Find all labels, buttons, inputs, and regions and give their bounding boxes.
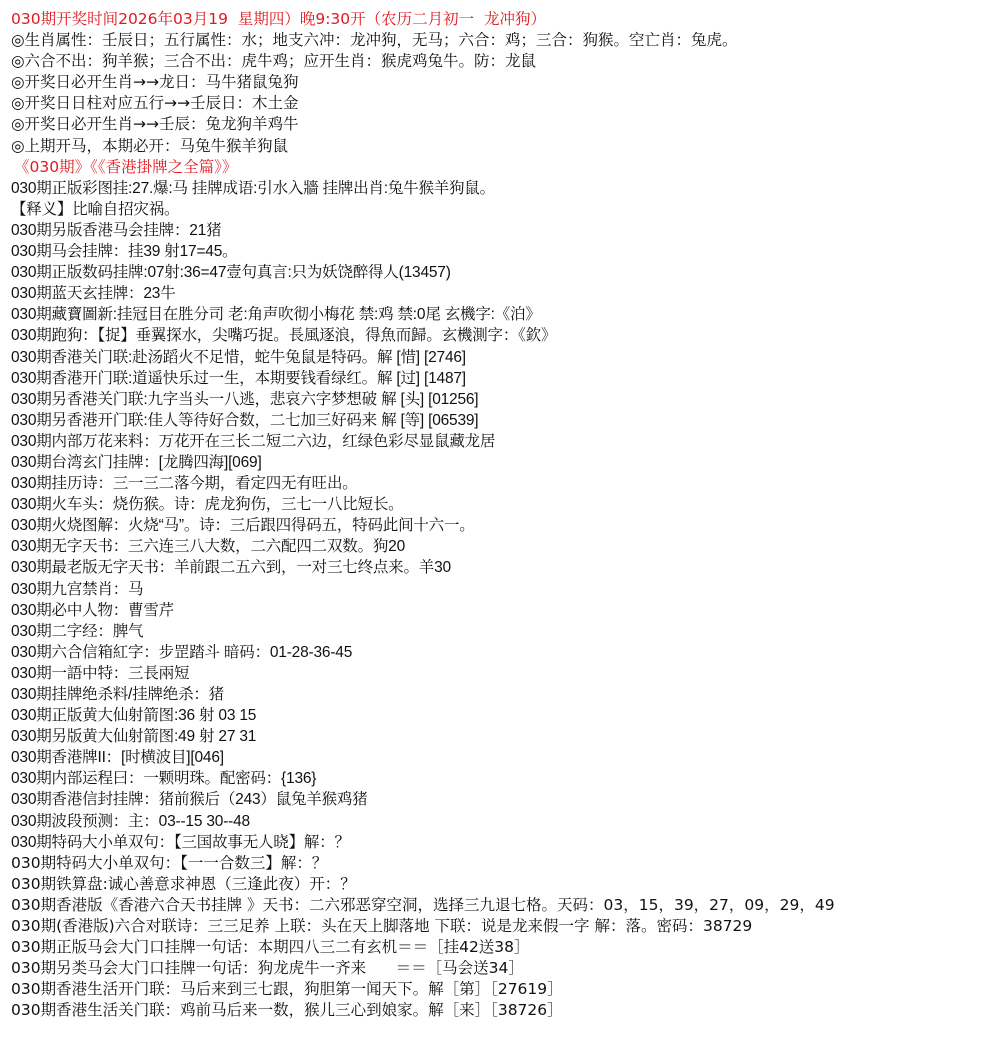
entry-line: 030期香港牌II：[时横波目][046] (11, 747, 996, 768)
entry-line: 030期马会挂牌：挂39 射17=45。 (11, 241, 996, 262)
entry-line: 030期挂牌绝杀料/挂牌绝杀：猪 (11, 684, 996, 705)
entry-line: 030期香港开门联:道遥快乐过一生，本期要钱看绿红。解 [过] [1487] (11, 368, 996, 389)
entry-line: 030期铁算盘:诚心善意求神恩（三逢此夜）开：？ (11, 874, 996, 895)
entry-line: 030期六合信箱紅字：步罡踏斗 暗码：01-28-36-45 (11, 642, 996, 663)
entry-line: 030期香港关门联:赴汤蹈火不足惜，蛇牛兔鼠是特码。解 [惜] [2746] (11, 347, 996, 368)
entry-line: 030期必中人物：曹雪芹 (11, 600, 996, 621)
entry-line: 030期香港生活开门联：马后来到三七跟，狗胆第一闻天下。解［第］［27619］ (11, 979, 996, 1000)
renchen-zodiac-line: ◎开奖日必开生肖→→壬辰：兔龙狗羊鸡牛 (11, 114, 996, 135)
entry-line: 030期火车头：烧伤猴。诗：虎龙狗伤，三七一八比短长。 (11, 494, 996, 515)
entry-line: 030期特码大小单双句：【三国故事无人晓】解：？ (11, 832, 996, 853)
dragon-day-zodiac-line: ◎开奖日必开生肖→→龙日：马牛猪鼠兔狗 (11, 72, 996, 93)
lottery-document: 030期开奖时间2026年03月19 星期四）晚9:30开（农历二月初一 龙冲狗… (11, 9, 996, 1022)
entry-line: 030期另香港关门联:九字当头一八逃，悲哀六字梦想破 解 [头] [01256] (11, 389, 996, 410)
entry-line: 030期蓝天玄挂牌：23牛 (11, 283, 996, 304)
draw-date-title: 030期开奖时间2026年03月19 星期四）晚9:30开（农历二月初一 龙冲狗… (11, 9, 996, 30)
entry-line: 030期内部万花来料：万花开在三长二短二六边，红绿色彩尽显鼠藏龙居 (11, 431, 996, 452)
entry-line: 030期波段预测：主：03--15 30--48 (11, 811, 996, 832)
entry-line: 030期另类马会大门口挂牌一句话：狗龙虎牛一齐来 ＝＝［马会送34］ (11, 958, 996, 979)
entry-line: 030期另版香港马会挂牌：21猪 (11, 220, 996, 241)
previous-draw-line: ◎上期开马，本期必开：马兔牛猴羊狗鼠 (11, 136, 996, 157)
entry-line: 030期九宫禁肖：马 (11, 579, 996, 600)
entry-line: 030期(香港版)六合对联诗：三三足养 上联：头在天上脚落地 下联：说是龙来假一… (11, 916, 996, 937)
entry-line: 030期跑狗：【捉】垂翼探水，尖嘴巧捉。長風逐浪，得魚而歸。玄機測字：《欽》 (11, 325, 996, 346)
entry-line: 030期正版马会大门口挂牌一句话：本期四八三二有玄机＝＝［挂42送38］ (11, 937, 996, 958)
entry-line: 030期香港版《香港六合天书挂牌 》天书：二六邪恶穿空洞，选择三九退七格。天码：… (11, 895, 996, 916)
section-title: 《030期》《《香港掛牌之全篇》》 (11, 157, 996, 178)
combination-exclusion-line: ◎六合不出：狗羊猴；三合不出：虎牛鸡；应开生肖：猴虎鸡兔牛。防：龙鼠 (11, 51, 996, 72)
entry-line: 030期无字天书：三六连三八大数，二六配四二双数。狗20 (11, 536, 996, 557)
entry-line: 【释义】比喻自招灾祸。 (11, 199, 996, 220)
entry-line: 030期二字经：脾气 (11, 621, 996, 642)
entry-line: 030期香港信封挂牌：猪前猴后（243）鼠兔羊猴鸡猪 (11, 789, 996, 810)
entry-line: 030期挂历诗：三一三二落今期，看定四无有旺出。 (11, 473, 996, 494)
day-pillar-elements-line: ◎开奖日日柱对应五行→→壬辰日：木土金 (11, 93, 996, 114)
entry-line: 030期藏寶圖新:挂冠目在胜分司 老:角声吹彻小梅花 禁:鸡 禁:0尾 玄機字:… (11, 304, 996, 325)
entry-line: 030期香港生活关门联：鸡前马后来一数，猴儿三心到娘家。解［来］［38726］ (11, 1000, 996, 1021)
entry-line: 030期一語中特：三長兩短 (11, 663, 996, 684)
entry-line: 030期另版黄大仙射箭图:49 射 27 31 (11, 726, 996, 747)
zodiac-attributes-line: ◎生肖属性：壬辰日；五行属性：水；地支六冲：龙冲狗，无马；六合：鸡；三合：狗猴。… (11, 30, 996, 51)
entry-line: 030期火烧图解：火烧“马”。诗：三后跟四得码五，特码此间十六一。 (11, 515, 996, 536)
entry-line: 030期内部运程曰：一颗明珠。配密码：{136} (11, 768, 996, 789)
entry-line: 030期正版数码挂牌:07射:36=47壹句真言:只为妖饶醉得人(13457) (11, 262, 996, 283)
entry-line: 030期最老版无字天书：羊前跟二五六到，一对三七终点来。羊30 (11, 557, 996, 578)
entry-line: 030期另香港开门联:佳人等待好合数，二七加三好码来 解 [等] [06539] (11, 410, 996, 431)
entry-line: 030期台湾玄门挂牌：[龙腾四海][069] (11, 452, 996, 473)
entry-line: 030期正版彩图挂:27.爆:马 挂牌成语:引水入牆 挂牌出肖:兔牛猴羊狗鼠。 (11, 178, 996, 199)
entry-line: 030期特码大小单双句：【一一合数三】解：？ (11, 853, 996, 874)
entry-line: 030期正版黄大仙射箭图:36 射 03 15 (11, 705, 996, 726)
